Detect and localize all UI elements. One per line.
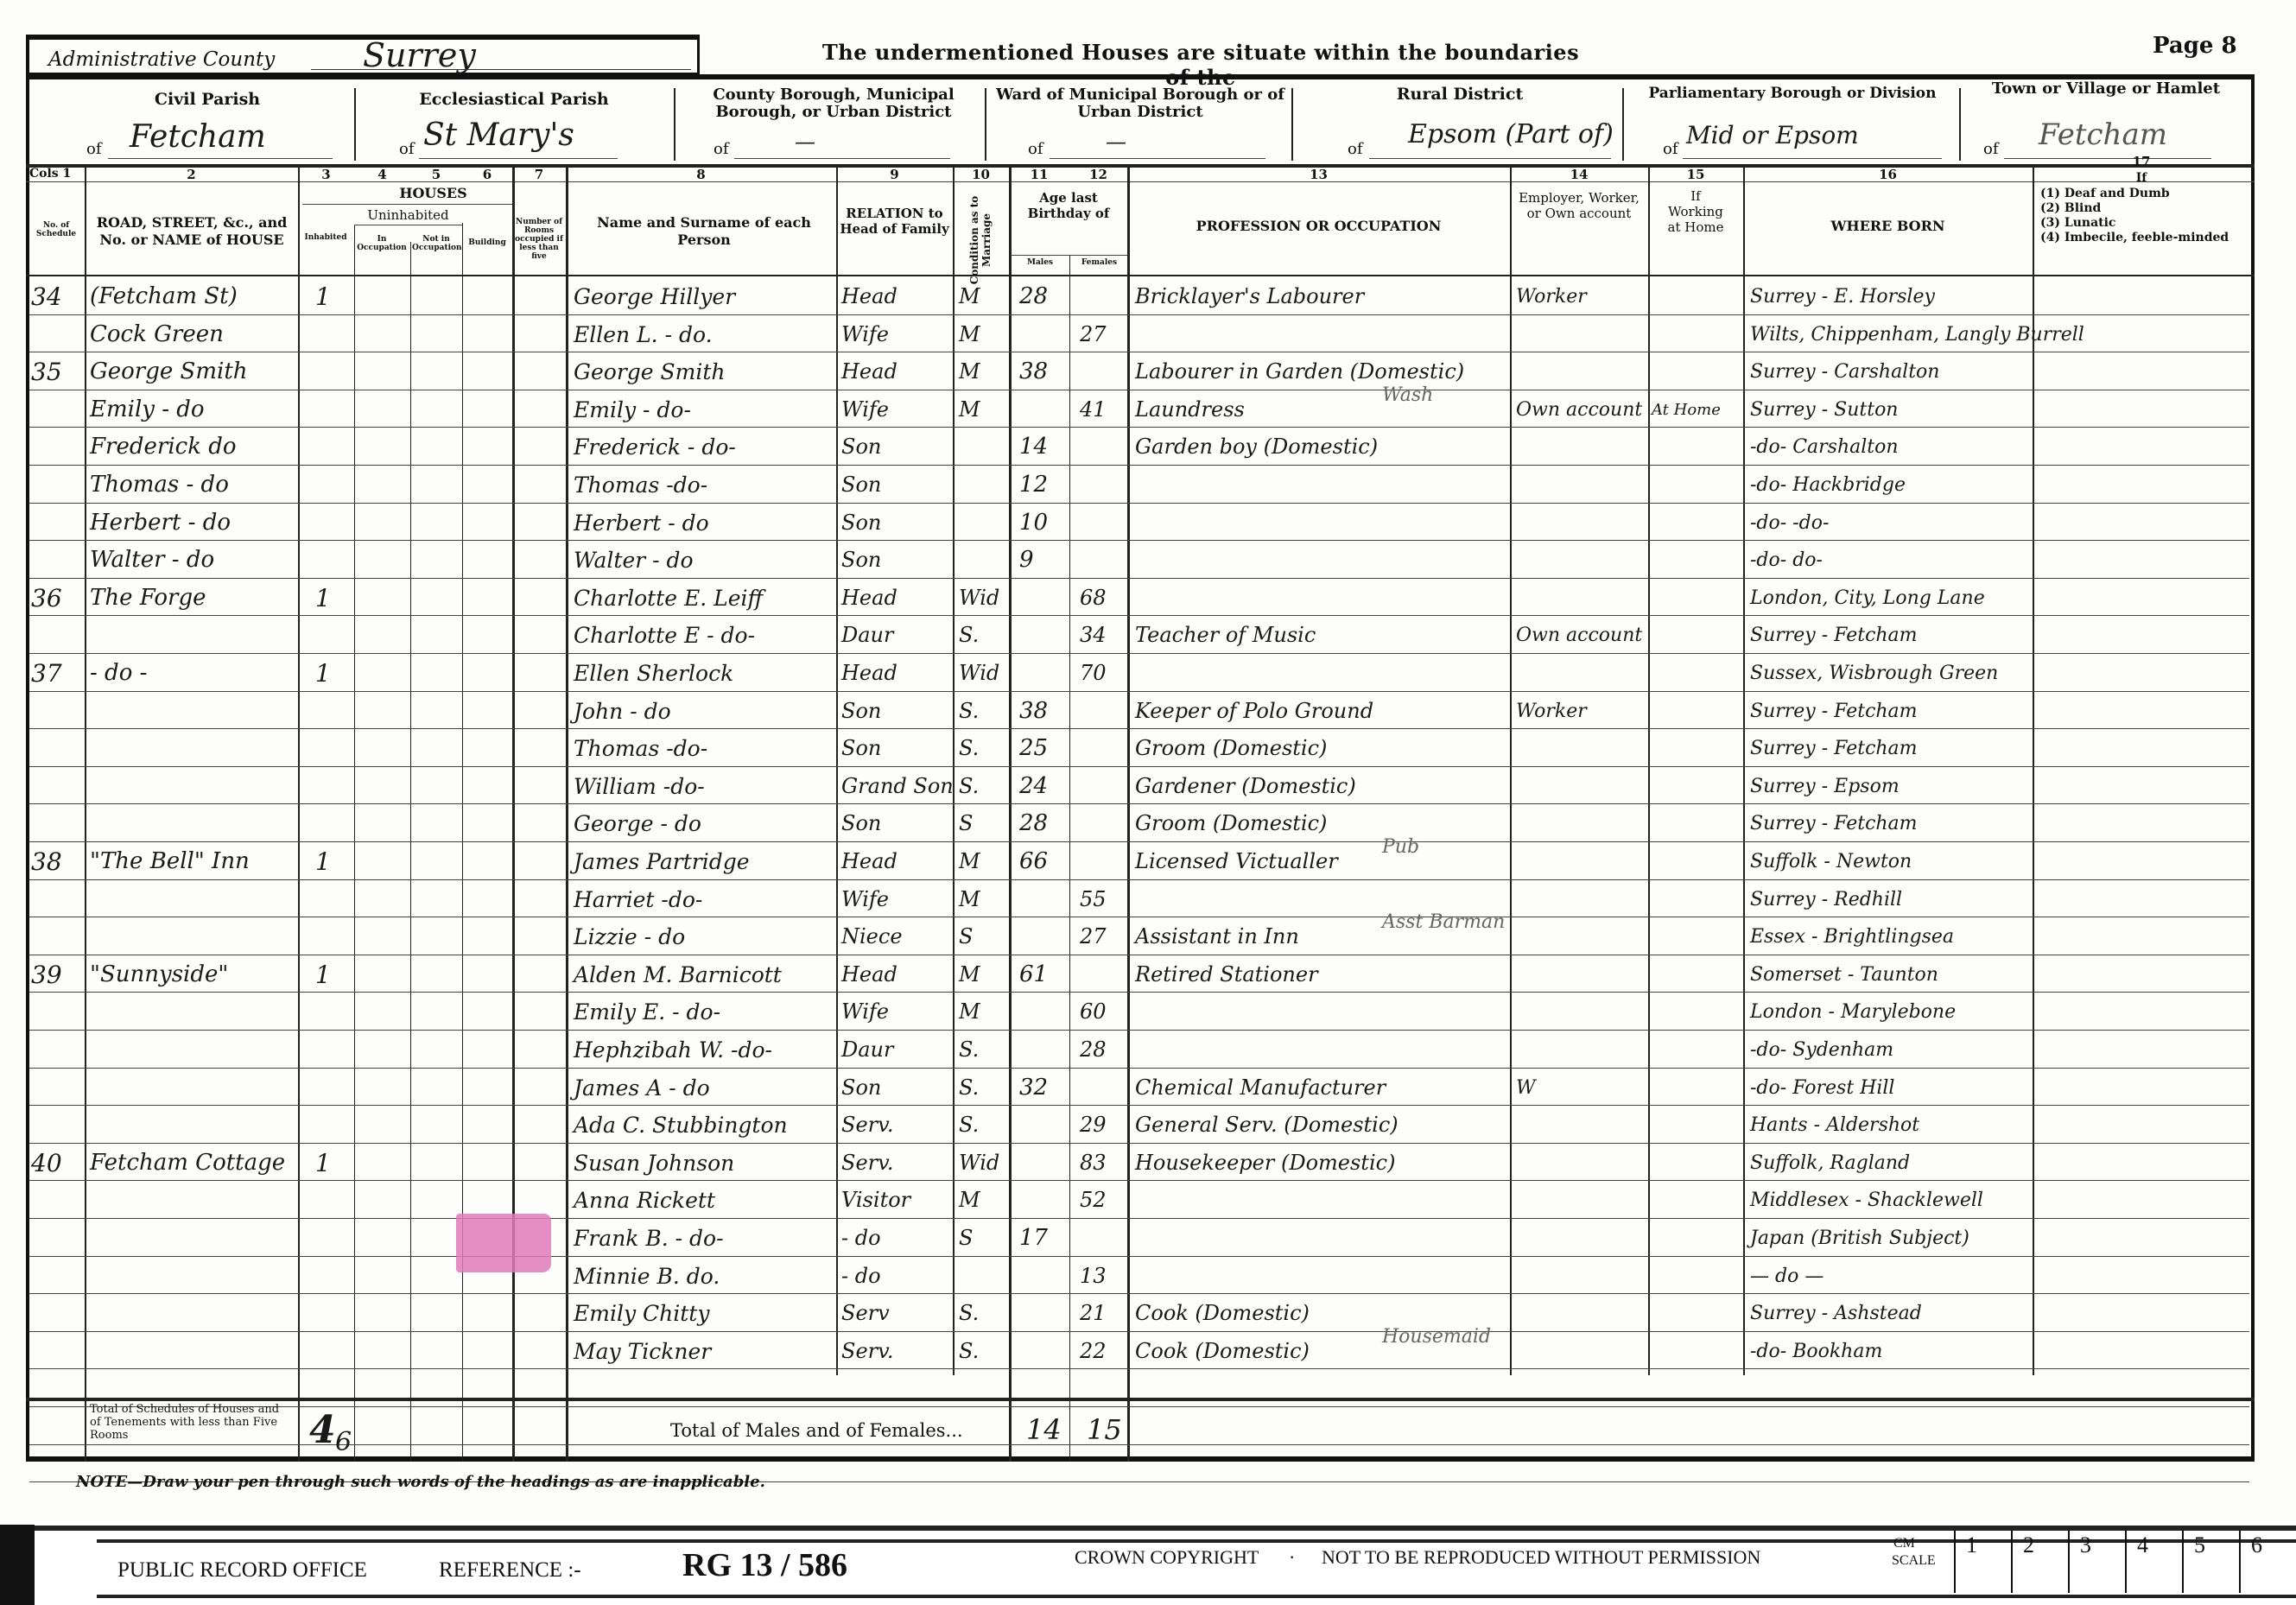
- birthplace: London - Marylebone: [1750, 997, 2035, 1028]
- person-name: Thomas -do-: [574, 733, 837, 764]
- relation: Daur: [841, 620, 954, 651]
- occupation: Teacher of Music: [1135, 620, 1506, 651]
- condition: M: [959, 960, 1011, 991]
- footer-office: PUBLIC RECORD OFFICE: [117, 1558, 367, 1583]
- row-rule: [29, 766, 2249, 767]
- address: (Fetcham St): [90, 282, 297, 313]
- row-rule: [29, 578, 2249, 579]
- col14-heading: Employer, Worker, or Own account: [1516, 190, 1642, 221]
- footer-reference-label: REFERENCE :-: [439, 1558, 581, 1583]
- person-name: George Smith: [574, 357, 837, 388]
- civil-parish-prefix: of: [86, 140, 102, 158]
- rural-district-prefix: of: [1348, 140, 1363, 158]
- condition: M: [959, 885, 1011, 916]
- birthplace: Surrey - Carshalton: [1750, 357, 2035, 388]
- condition: S.: [959, 1298, 1011, 1329]
- age-female: 68: [1080, 583, 1132, 614]
- relation: - do: [841, 1223, 954, 1254]
- row-rule: [29, 540, 2249, 541]
- row-rule: [29, 992, 2249, 993]
- col-number-14: 14: [1510, 167, 1648, 182]
- row-rule: [29, 653, 2249, 654]
- person-name: Minnie B. do.: [574, 1261, 837, 1292]
- occupation: Licensed Victualler: [1135, 847, 1506, 878]
- occupation: Bricklayer's Labourer: [1135, 282, 1506, 313]
- relation: Wife: [841, 395, 954, 426]
- age-female: 27: [1080, 320, 1132, 351]
- parliamentary-prefix: of: [1663, 140, 1678, 158]
- age-female: 52: [1080, 1185, 1132, 1216]
- birthplace: Middlesex - Shacklewell: [1750, 1185, 2035, 1216]
- males-total: 14: [1026, 1413, 1062, 1446]
- relation: Wife: [841, 320, 954, 351]
- civil-parish-label: Civil Parish: [86, 90, 328, 109]
- col6-heading: Building: [463, 238, 511, 247]
- address: Frederick do: [90, 432, 297, 463]
- age-female: 28: [1080, 1035, 1132, 1066]
- person-name: Emily Chitty: [574, 1298, 837, 1329]
- employer-status: Worker: [1516, 696, 1650, 727]
- civil-parish-value: Fetcham: [130, 119, 266, 155]
- relation: Son: [841, 545, 954, 576]
- col13-heading: PROFESSION OR OCCUPATION: [1127, 218, 1510, 234]
- address: Emily - do: [90, 395, 297, 426]
- working-at-home: At Home: [1652, 395, 1743, 426]
- col17-item-3: (3) Lunatic: [2040, 216, 2115, 230]
- row-rule: [29, 1331, 2249, 1332]
- ward-value: —: [1106, 130, 1126, 154]
- occupation: Keeper of Polo Ground: [1135, 696, 1506, 727]
- person-name: Frederick - do-: [574, 432, 837, 463]
- village-label: Town or Village or Hamlet: [1968, 79, 2244, 98]
- col3-heading: Inhabited: [300, 233, 352, 242]
- condition: M: [959, 282, 1011, 313]
- relation: Son: [841, 470, 954, 501]
- age-male: 66: [1019, 847, 1071, 878]
- occupation-annotation: Pub: [1382, 836, 1419, 858]
- birthplace: Surrey - E. Horsley: [1750, 282, 2035, 313]
- condition: M: [959, 847, 1011, 878]
- person-name: George Hillyer: [574, 282, 837, 313]
- col-number-1: Cols 1: [29, 167, 71, 181]
- address: George Smith: [90, 357, 297, 388]
- row-rule: [29, 1105, 2249, 1106]
- col16-heading: WHERE BORN: [1743, 218, 2033, 234]
- birthplace: -do- do-: [1750, 545, 2035, 576]
- condition: S.: [959, 696, 1011, 727]
- occupation: Garden boy (Domestic): [1135, 432, 1506, 463]
- relation: Head: [841, 658, 954, 689]
- row-rule: [29, 314, 2249, 315]
- col-divider: [1743, 166, 1745, 1375]
- person-name: William -do-: [574, 771, 837, 802]
- col-number-15: 15: [1648, 167, 1743, 182]
- person-name: Ada C. Stubbington: [574, 1110, 837, 1141]
- row-rule: [29, 1444, 2249, 1445]
- scale-tick: 4: [2125, 1531, 2180, 1593]
- relation: Serv: [841, 1298, 954, 1329]
- row-rule: [29, 1406, 2249, 1407]
- footer-copyright: CROWN COPYRIGHT: [1075, 1546, 1259, 1569]
- birthplace: Surrey - Fetcham: [1750, 809, 2035, 840]
- relation: Son: [841, 733, 954, 764]
- col-number-3: 3: [298, 167, 354, 182]
- person-name: Ellen L. - do.: [574, 320, 837, 351]
- person-name: Emily - do-: [574, 395, 837, 426]
- col17-item-2: (2) Blind: [2040, 201, 2101, 215]
- col-number-10: 10: [953, 167, 1009, 182]
- employer-status: Own account: [1516, 395, 1650, 426]
- col17-item-4: (4) Imbecile, feeble-minded: [2040, 231, 2248, 244]
- inhabited: 1: [315, 583, 350, 614]
- birthplace: Surrey - Epsom: [1750, 771, 2035, 802]
- condition: S.: [959, 771, 1011, 802]
- relation: Son: [841, 508, 954, 539]
- note-text: NOTE—Draw your pen through such words of…: [76, 1473, 765, 1491]
- col-divider: [85, 166, 86, 1462]
- birthplace: Surrey - Fetcham: [1750, 733, 2035, 764]
- page-number: Page 8: [2153, 33, 2237, 59]
- ward-label: Ward of Municipal Borough or of Urban Di…: [993, 86, 1287, 121]
- address: Fetcham Cottage: [90, 1148, 297, 1179]
- person-name: Charlotte E - do-: [574, 620, 837, 651]
- occupation: Retired Stationer: [1135, 960, 1506, 991]
- person-name: May Tickner: [574, 1336, 837, 1367]
- address: - do -: [90, 658, 297, 689]
- address: Walter - do: [90, 545, 297, 576]
- relation: Serv.: [841, 1336, 954, 1367]
- schedule-no: 39: [31, 960, 83, 991]
- col11-heading: Males: [1011, 258, 1069, 267]
- row-rule: [29, 841, 2249, 842]
- person-name: Charlotte E. Leiff: [574, 583, 837, 614]
- birthplace: Essex - Brightlingsea: [1750, 922, 2035, 953]
- person-name: Harriet -do-: [574, 885, 837, 916]
- row-rule: [29, 427, 2249, 428]
- county-borough-prefix: of: [714, 140, 729, 158]
- age-male: 14: [1019, 432, 1071, 463]
- row-rule: [29, 691, 2249, 692]
- condition: S: [959, 922, 1011, 953]
- parliamentary-value: Mid or Epsom: [1686, 121, 1859, 149]
- age-male: 9: [1019, 545, 1071, 576]
- age-male: 24: [1019, 771, 1071, 802]
- birthplace: London, City, Long Lane: [1750, 583, 2035, 614]
- row-rule: [29, 1256, 2249, 1257]
- houses-rule: [302, 204, 512, 205]
- relation: Head: [841, 960, 954, 991]
- person-name: James A - do: [574, 1073, 837, 1104]
- scale-label-scale: SCALE: [1892, 1553, 1936, 1569]
- census-page: Administrative County Surrey The underme…: [0, 0, 2296, 1605]
- ecclesiastical-parish-label: Ecclesiastical Parish: [363, 90, 665, 109]
- col15-heading: If Working at Home: [1663, 188, 1728, 235]
- row-rule: [29, 1180, 2249, 1181]
- person-name: George - do: [574, 809, 837, 840]
- person-name: Herbert - do: [574, 508, 837, 539]
- row-rule: [29, 1368, 2249, 1369]
- condition: Wid: [959, 1148, 1011, 1179]
- person-name: Hephzibah W. -do-: [574, 1035, 837, 1066]
- birthplace: Surrey - Redhill: [1750, 885, 2035, 916]
- col2-heading: ROAD, STREET, &c., and No. or NAME of HO…: [90, 214, 294, 249]
- village-value: Fetcham: [2039, 117, 2167, 152]
- col-number-9: 9: [836, 167, 953, 182]
- col-number-13: 13: [1127, 167, 1510, 182]
- birthplace: -do- -do-: [1750, 508, 2035, 539]
- rural-district-label: Rural District: [1304, 85, 1615, 104]
- parliamentary-borough-label: Parliamentary Borough or Division: [1633, 85, 1952, 102]
- rural-district-underline: [1369, 158, 1611, 159]
- col-divider: [566, 166, 568, 1462]
- relation: Head: [841, 847, 954, 878]
- birthplace: Suffolk - Newton: [1750, 847, 2035, 878]
- schedules-total-value: 6: [335, 1427, 352, 1457]
- col-divider: [1648, 166, 1650, 1375]
- condition: S.: [959, 1035, 1011, 1066]
- col-divider: [298, 166, 300, 1462]
- ward-prefix: of: [1028, 140, 1043, 158]
- divider: [354, 88, 356, 161]
- address: The Forge: [90, 583, 297, 614]
- county-borough-label: County Borough, Municipal Borough, or Ur…: [691, 86, 976, 121]
- scale-label-cm: CM: [1893, 1536, 1915, 1551]
- col8-heading: Name and Surname of each Person: [596, 214, 812, 249]
- divider: [1291, 88, 1293, 161]
- divider: [674, 88, 675, 161]
- row-rule: [29, 1030, 2249, 1031]
- col-divider: [410, 242, 411, 1462]
- person-name: Alden M. Barnicott: [574, 960, 837, 991]
- relation: Daur: [841, 1035, 954, 1066]
- scale-tick: 1: [1954, 1531, 2009, 1593]
- person-name: Ellen Sherlock: [574, 658, 837, 689]
- condition: S.: [959, 620, 1011, 651]
- occupation: Gardener (Domestic): [1135, 771, 1506, 802]
- col-number-11: 11: [1009, 167, 1069, 182]
- address: "The Bell" Inn: [90, 847, 297, 878]
- condition: S: [959, 809, 1011, 840]
- relation: Grand Son: [841, 771, 954, 802]
- row-rule: [29, 615, 2249, 616]
- age-male: 28: [1019, 282, 1071, 313]
- age-female: 60: [1080, 997, 1132, 1028]
- condition: S.: [959, 1110, 1011, 1141]
- birthplace: Hants - Aldershot: [1750, 1110, 2035, 1141]
- row-rule: [29, 1143, 2249, 1144]
- ecclesiastical-parish-prefix: of: [399, 140, 415, 158]
- age-female: 22: [1080, 1336, 1132, 1367]
- col7-heading: Number of Rooms occupied if less than fi…: [513, 218, 565, 261]
- age-female: 55: [1080, 885, 1132, 916]
- occupation-annotation: Housemaid: [1382, 1326, 1491, 1348]
- employer-status: W: [1516, 1073, 1650, 1104]
- relation: Son: [841, 432, 954, 463]
- divider: [1959, 88, 1961, 161]
- age-female: 29: [1080, 1110, 1132, 1141]
- age-female: 41: [1080, 395, 1132, 426]
- birthplace: Surrey - Fetcham: [1750, 696, 2035, 727]
- row-rule: [29, 503, 2249, 504]
- rural-district-value: Epsom (Part of): [1408, 119, 1614, 149]
- females-total: 15: [1087, 1413, 1122, 1446]
- county-borough-underline: [734, 158, 950, 159]
- col11-12-heading: Age last Birthday of: [1012, 190, 1125, 221]
- village-prefix: of: [1983, 140, 1999, 158]
- condition: M: [959, 997, 1011, 1028]
- row-rule: [29, 465, 2249, 466]
- birthplace: -do- Carshalton: [1750, 432, 2035, 463]
- birthplace: Japan (British Subject): [1750, 1223, 2035, 1254]
- condition: Wid: [959, 583, 1011, 614]
- age-male: 10: [1019, 508, 1071, 539]
- divider: [1622, 88, 1624, 161]
- relation: Head: [841, 282, 954, 313]
- condition: Wid: [959, 658, 1011, 689]
- footer-edge: [0, 1525, 35, 1605]
- col-number-5: 5: [410, 167, 462, 182]
- col5-heading: Not in Occupation: [412, 235, 460, 252]
- age-male: 32: [1019, 1073, 1071, 1104]
- birthplace: Sussex, Wisbrough Green: [1750, 658, 2035, 689]
- ecclesiastical-parish-underline: [419, 158, 618, 159]
- totals-rule: [26, 1398, 2255, 1401]
- birthplace: -do- Bookham: [1750, 1336, 2035, 1367]
- condition: S.: [959, 733, 1011, 764]
- relation: Wife: [841, 885, 954, 916]
- schedule-no: 38: [31, 847, 83, 878]
- col-number-7: 7: [512, 167, 566, 182]
- condition: S: [959, 1223, 1011, 1254]
- ward-underline: [1050, 158, 1265, 159]
- person-name: Lizzie - do: [574, 922, 837, 953]
- schedule-no: 40: [31, 1148, 83, 1179]
- row-rule: [29, 1293, 2249, 1294]
- row-rule: [29, 728, 2249, 729]
- relation: Head: [841, 583, 954, 614]
- relation: Visitor: [841, 1185, 954, 1216]
- address: Herbert - do: [90, 508, 297, 539]
- schedule-no: 36: [31, 583, 83, 614]
- birthplace: Surrey - Sutton: [1750, 395, 2035, 426]
- person-name: Susan Johnson: [574, 1148, 837, 1179]
- age-male: 38: [1019, 357, 1071, 388]
- schedule-no: 37: [31, 658, 83, 689]
- occupation: Laundress: [1135, 395, 1506, 426]
- relation: Niece: [841, 922, 954, 953]
- occupation: Groom (Domestic): [1135, 733, 1506, 764]
- birthplace: Wilts, Chippenham, Langly Burrell: [1750, 320, 2035, 351]
- col-divider: [354, 225, 355, 1462]
- relation: Head: [841, 357, 954, 388]
- scale-tick: 3: [2068, 1531, 2123, 1593]
- birthplace: -do- Hackbridge: [1750, 470, 2035, 501]
- col1-heading: No. of Schedule: [28, 221, 85, 238]
- administrative-county-label: Administrative County: [48, 48, 275, 71]
- age-female: 21: [1080, 1298, 1132, 1329]
- inhabited: 1: [315, 658, 350, 689]
- footer-reference-value: RG 13 / 586: [682, 1546, 847, 1584]
- relation: Wife: [841, 997, 954, 1028]
- uninhabited-rule: [354, 225, 462, 225]
- condition: S.: [959, 1336, 1011, 1367]
- row-rule: [29, 879, 2249, 880]
- footer-separator: ·: [1289, 1546, 1295, 1569]
- person-name: James Partridge: [574, 847, 837, 878]
- condition: M: [959, 395, 1011, 426]
- row-rule: [29, 955, 2249, 955]
- scale-tick: 2: [2011, 1531, 2066, 1593]
- employer-status: Own account: [1516, 620, 1650, 651]
- age-female: 27: [1080, 922, 1132, 953]
- condition: S.: [959, 1073, 1011, 1104]
- col-number-8: 8: [566, 167, 836, 182]
- county-borough-value: —: [795, 130, 815, 154]
- row-rule: [29, 390, 2249, 390]
- schedules-total-label: Total of Schedules of Houses and of Tene…: [90, 1403, 289, 1442]
- inhabited-total: 4: [309, 1408, 336, 1452]
- col-number-6: 6: [462, 167, 512, 182]
- row-rule: [29, 917, 2249, 917]
- inhabited: 1: [315, 282, 350, 313]
- col-divider: [462, 223, 463, 1462]
- age-male: 38: [1019, 696, 1071, 727]
- birthplace: -do- Forest Hill: [1750, 1073, 2035, 1104]
- occupation: Groom (Domestic): [1135, 809, 1506, 840]
- occupation: Cook (Domestic): [1135, 1298, 1506, 1329]
- col-number-16: 16: [1743, 167, 2033, 182]
- age-female: 34: [1080, 620, 1132, 651]
- row-rule: [29, 1218, 2249, 1219]
- col-number-4: 4: [354, 167, 410, 182]
- age-female: 13: [1080, 1261, 1132, 1292]
- relation: Son: [841, 1073, 954, 1104]
- divider: [985, 88, 986, 161]
- civil-parish-underline: [108, 158, 333, 159]
- col12-heading: Females: [1071, 258, 1127, 267]
- relation: - do: [841, 1261, 954, 1292]
- schedule-no: 35: [31, 357, 83, 388]
- scale-tick: 6: [2239, 1531, 2294, 1593]
- inhabited: 1: [315, 960, 350, 991]
- address: "Sunnyside": [90, 960, 297, 991]
- county-underline: [311, 69, 691, 70]
- parliamentary-underline: [1683, 158, 1942, 159]
- birthplace: — do —: [1750, 1261, 2035, 1292]
- footer-bottom-rule: [97, 1595, 2296, 1598]
- person-name: Frank B. - do-: [574, 1223, 837, 1254]
- header-bottom-rule: [26, 275, 2255, 276]
- footer-permission: NOT TO BE REPRODUCED WITHOUT PERMISSION: [1322, 1546, 1760, 1569]
- age-rule: [1011, 255, 1127, 256]
- birthplace: Surrey - Ashstead: [1750, 1298, 2035, 1329]
- occupation-annotation: Asst Barman: [1382, 911, 1505, 933]
- col4-heading: In Occupation: [356, 235, 408, 252]
- condition: M: [959, 357, 1011, 388]
- birthplace: -do- Sydenham: [1750, 1035, 2035, 1066]
- address: Cock Green: [90, 320, 297, 351]
- occupation: Chemical Manufacturer: [1135, 1073, 1506, 1104]
- col-divider: [1510, 166, 1512, 1375]
- col17-item-1: (1) Deaf and Dumb: [2040, 187, 2170, 200]
- birthplace: Somerset - Taunton: [1750, 960, 2035, 991]
- uninhabited-group-heading: Uninhabited: [354, 207, 462, 223]
- condition: M: [959, 320, 1011, 351]
- birthplace: Surrey - Fetcham: [1750, 620, 2035, 651]
- inhabited: 1: [315, 1148, 350, 1179]
- employer-status: Worker: [1516, 282, 1650, 313]
- relation: Son: [841, 809, 954, 840]
